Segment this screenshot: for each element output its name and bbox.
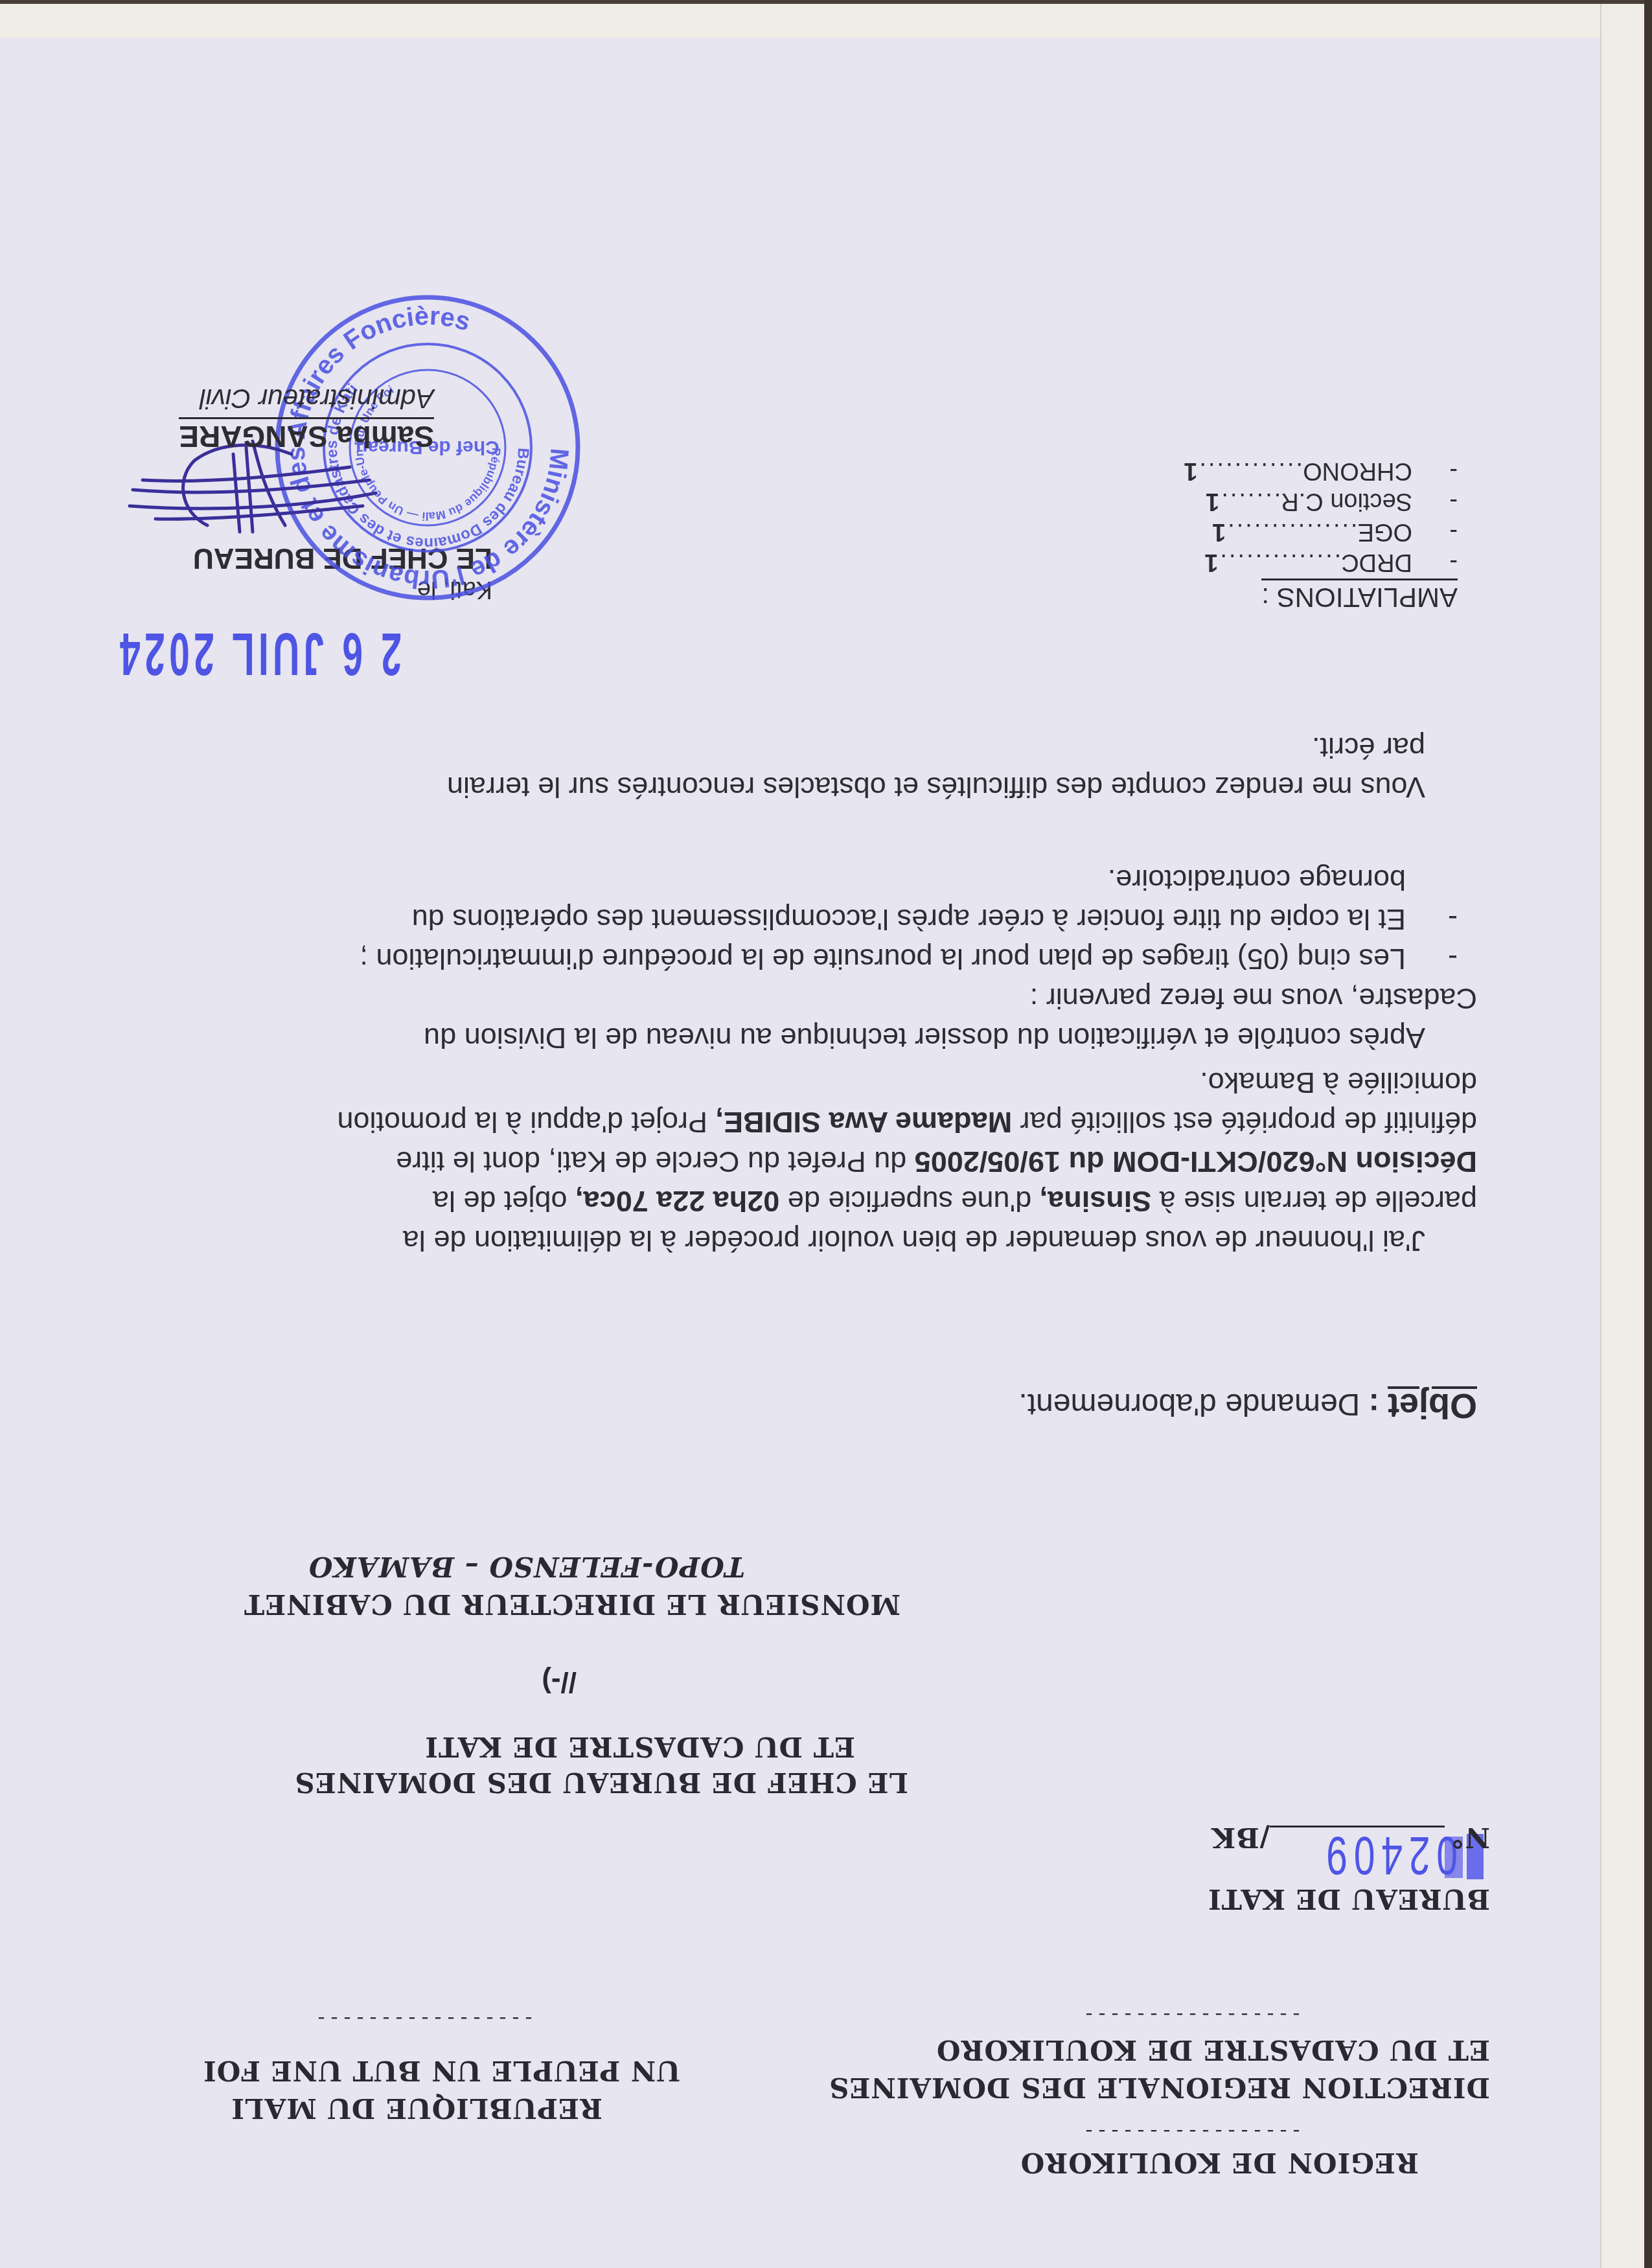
ampliation-item: -OGE...............1 [1212, 518, 1458, 545]
recipient-line-2: TOPO-FELENSO – BAMAKO [308, 1551, 745, 1583]
scanner-edge [1644, 0, 1652, 2268]
paragraph-1-line: définitif de propriété est sollicité par… [155, 1103, 1477, 1142]
direction-line-2: ET DU CADASTRE DE KOULIKORO [936, 2034, 1490, 2066]
ampliation-leader: ............ [1197, 457, 1303, 485]
paragraph-2-line-1: Après contrôle et vérification du dossie… [424, 1018, 1477, 1058]
list-bullet: - [1406, 900, 1458, 939]
text: domiciliée à Bamako. [1200, 1066, 1477, 1099]
ampliation-item: -DRDC..............1 [1204, 548, 1458, 576]
ampliation-count: 1 [1184, 457, 1197, 485]
paragraph-3-line-1: Vous me rendez compte des difficultés et… [447, 768, 1425, 807]
ampliation-count: 1 [1212, 518, 1226, 545]
ampliation-leader: .............. [1218, 549, 1341, 576]
list-item: -Les cinq (05) tirages de plan pour la p… [360, 939, 1458, 979]
list-bullet: - [1406, 939, 1458, 979]
ampliations-title: AMPLIATIONS : [1261, 578, 1458, 613]
signatory-name: Samba SANGARE [179, 417, 434, 454]
text: parcelle de terrain sise à [1151, 1185, 1477, 1218]
subject-label: Objet [1388, 1386, 1477, 1425]
national-motto: UN PEUPLE UN BUT UNE FOI [203, 2055, 680, 2087]
list-item: bornage contradictoire. [360, 860, 1458, 900]
ampliation-count: 1 [1204, 549, 1218, 576]
addressee-mark: //-) [542, 1666, 577, 1698]
region-name: REGION DE KOULIKORO [1020, 2147, 1419, 2179]
ampliation-leader: ....... [1219, 488, 1281, 515]
scanned-document: REGION DE KOULIKORO ----------------- DI… [0, 0, 1652, 2268]
sender-line-2: ET DU CADASTRE DE KATI [424, 1731, 855, 1763]
paragraph-1-line: domiciliée à Bamako. [155, 1063, 1477, 1103]
bold-text: Madame Awa SIDIBE, [715, 1106, 1012, 1139]
paragraph-1-line: J'ai l'honneur de vous demander de bien … [155, 1221, 1425, 1261]
bureau-name: BUREAU DE KATI [1208, 1883, 1490, 1915]
ampliation-dash: - [1412, 457, 1458, 485]
text: définitif de propriété est sollicité par [1012, 1106, 1477, 1139]
body-paragraph-3: Vous me rendez compte des difficultés et… [447, 728, 1425, 807]
text: objet de la [433, 1185, 575, 1218]
ampliation-dash: - [1412, 487, 1458, 515]
signatory-rank: Administrateur Civil [200, 383, 434, 414]
header-separator-2: ----------------- [1082, 2002, 1302, 2024]
ampliation-dash: - [1412, 518, 1458, 545]
ampliation-name: DRDC [1341, 549, 1412, 576]
document-page: REGION DE KOULIKORO ----------------- DI… [0, 0, 1652, 2268]
bold-text: Décision N°620/CKTI-DOM du 19/05/2005 [915, 1145, 1477, 1178]
number-blank-line [1270, 1826, 1445, 1827]
scanner-edge [0, 0, 1652, 4]
ampliation-item: -CHRONO............1 [1184, 457, 1458, 485]
subject-text: Demande d'abornement. [1019, 1387, 1360, 1421]
body-paragraph-1: J'ai l'honneur de vous demander de bien … [155, 1063, 1425, 1261]
list-bullet [1406, 860, 1458, 900]
text: du Prefet du Cercle de Kati, dont le tit… [396, 1145, 914, 1178]
list-item: -Et la copie du titre foncier à créer ap… [360, 900, 1458, 939]
text: J'ai l'honneur de vous demander de bien … [403, 1224, 1425, 1257]
subject-separator: : [1360, 1387, 1388, 1421]
request-list: -Les cinq (05) tirages de plan pour la p… [360, 860, 1458, 979]
paragraph-3-line-2: par écrit. [447, 728, 1425, 768]
motto-separator: ----------------- [314, 2006, 534, 2028]
paragraph-2-line-2: Cadastre, vous me ferez parvenir : [424, 979, 1477, 1018]
ampliation-item: -Section C.R.......1 [1206, 487, 1458, 515]
direction-line-1: DIRECTION REGIONALE DES DOMAINES [829, 2072, 1490, 2103]
paragraph-1-lines: J'ai l'honneur de vous demander de bien … [155, 1063, 1425, 1261]
ampliation-name: OGE [1358, 518, 1412, 545]
list-item-text: Et la copie du titre foncier à créer apr… [412, 900, 1406, 939]
request-list-items: -Les cinq (05) tirages de plan pour la p… [360, 860, 1458, 979]
list-item-text: Les cinq (05) tirages de plan pour la po… [360, 939, 1406, 979]
body-paragraph-2: Après contrôle et vérification du dossie… [424, 979, 1477, 1058]
subject-line: Objet : Demande d'abornement. [1019, 1386, 1478, 1426]
bold-text: 02ha 22a 70ca, [575, 1185, 779, 1218]
number-label: N° [1451, 1822, 1490, 1853]
list-item-text: bornage contradictoire. [1108, 860, 1406, 900]
country-name: REPUBLIQUE DU MALI [231, 2092, 602, 2124]
date-stamp: 2 6 JUIL 2024 [116, 619, 402, 687]
bold-text: Sinsina, [1040, 1185, 1152, 1218]
registration-number-stamp: 02409 [1320, 1824, 1458, 1887]
recipient-line-1: MONSIEUR LE DIRECTEUR DU CABINET [244, 1588, 901, 1620]
ampliation-name: CHRONO [1303, 457, 1412, 485]
paragraph-1-line: Décision N°620/CKTI-DOM du 19/05/2005 du… [155, 1142, 1477, 1182]
ampliation-name: Section C.R [1281, 488, 1412, 515]
paragraph-1-line: parcelle de terrain sise à Sinsina, d'un… [155, 1182, 1477, 1221]
header-separator: ----------------- [1082, 2119, 1302, 2141]
ampliation-count: 1 [1206, 488, 1219, 515]
text: d'une superficie de [779, 1185, 1039, 1218]
text: Projet d'appui à la promotion [338, 1106, 716, 1139]
scanner-frame [0, 4, 1652, 38]
ampliation-dash: - [1412, 548, 1458, 576]
number-suffix: /BK [1211, 1822, 1270, 1853]
ampliation-leader: ............... [1226, 518, 1357, 545]
sender-line-1: LE CHEF DE BUREAU DES DOMAINES [294, 1767, 908, 1798]
